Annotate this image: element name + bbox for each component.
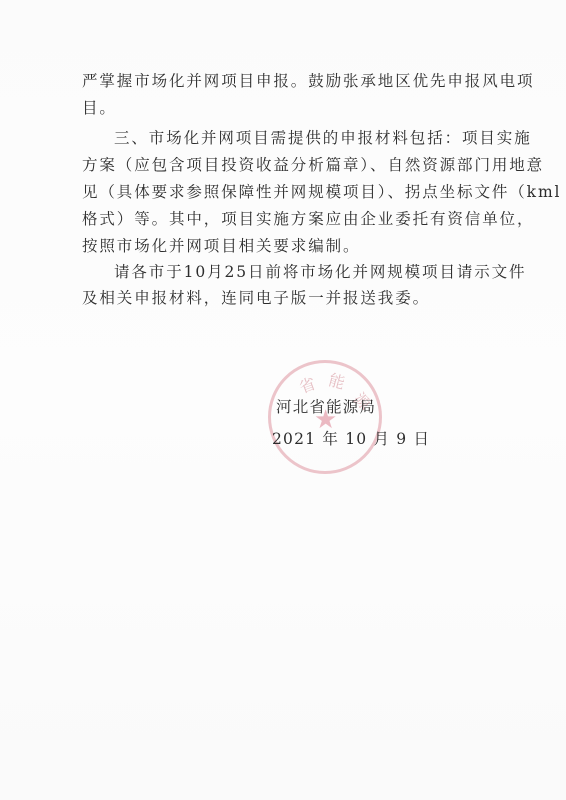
issuer-name: 河北省能源局 [276,397,376,417]
seal-char-1: 省 [296,371,319,398]
paragraph-2-line-1: 三、市场化并网项目需提供的申报材料包括：项目实施 [114,128,492,148]
paragraph-2-line-5: 按照市场化并网项目相关要求编制。 [82,236,492,256]
paragraph-3-line-2: 及相关申报材料，连同电子版一并报送我委。 [82,288,492,308]
paragraph-1-line-2: 目。 [82,98,492,118]
issue-date: 2021 年 10 月 9 日 [272,429,430,449]
paragraph-3-line-1: 请各市于10月25日前将市场化并网规模项目请示文件 [114,262,492,282]
paragraph-2-line-3: 见（具体要求参照保障性并网规模项目）、拐点坐标文件（kml [82,182,492,202]
official-seal: 省 能 源 ★ [268,360,382,474]
paragraph-2-line-4: 格式）等。其中，项目实施方案应由企业委托有资信单位， [82,209,492,229]
paragraph-2-line-2: 方案（应包含项目投资收益分析篇章）、自然资源部门用地意 [82,155,492,175]
paragraph-1-line-1: 严掌握市场化并网项目申报。鼓励张承地区优先申报风电项 [82,71,492,91]
seal-char-2: 能 [326,367,347,393]
document-page: 严掌握市场化并网项目申报。鼓励张承地区优先申报风电项 目。 三、市场化并网项目需… [0,0,566,800]
